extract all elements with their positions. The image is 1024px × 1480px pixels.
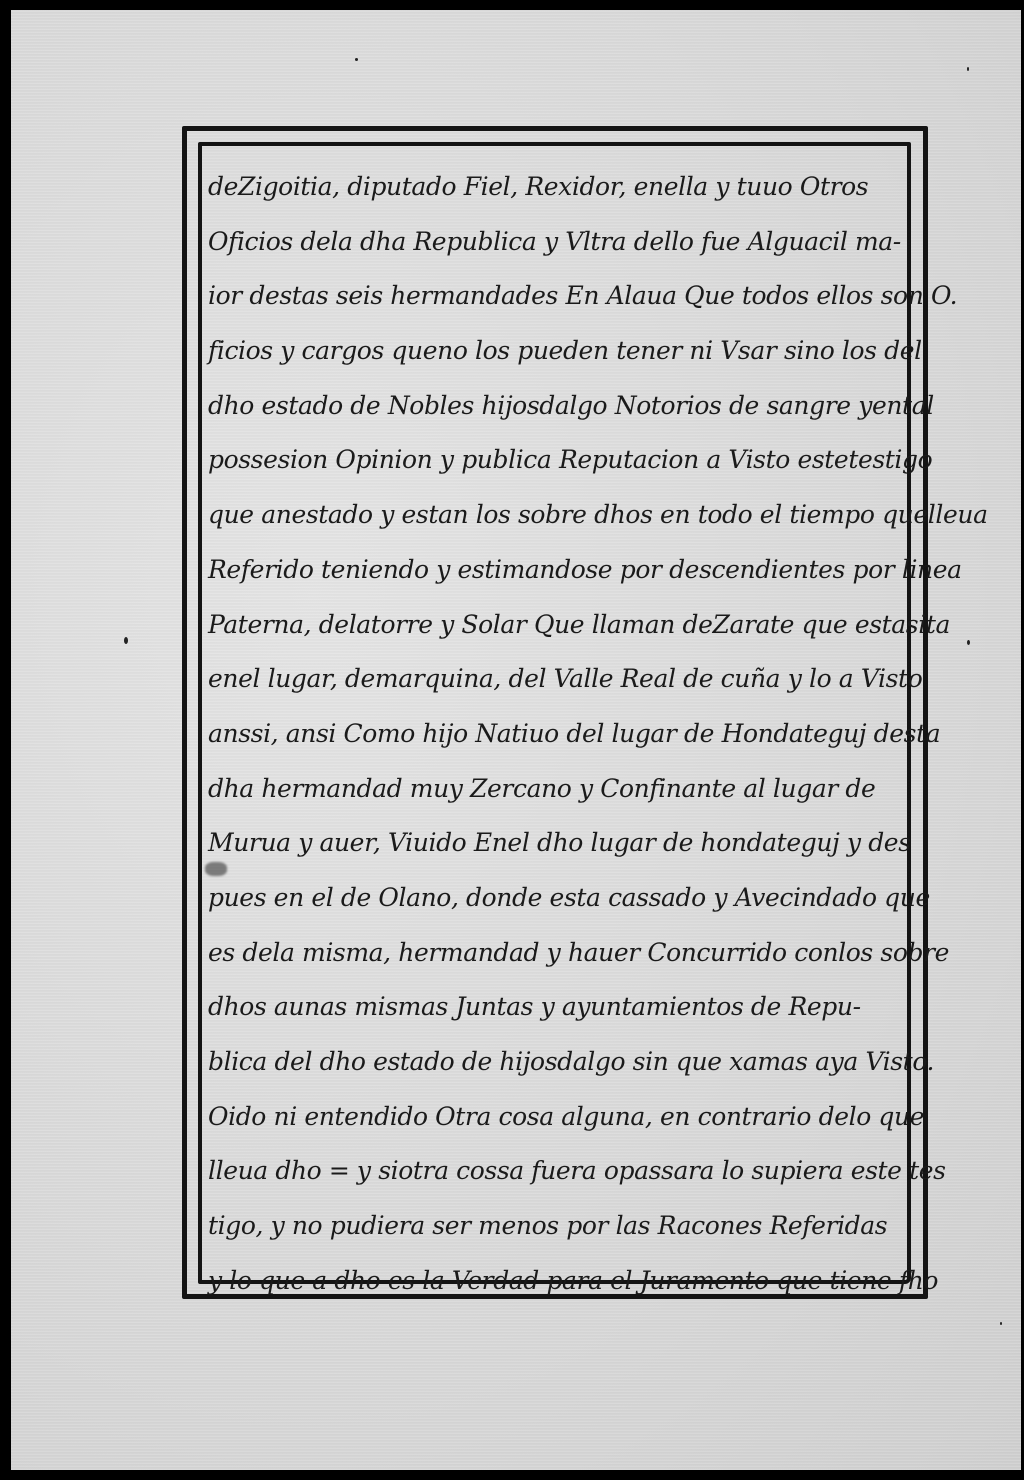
text-line: Murua y auer, Viuido Enel dho lugar de h…	[208, 816, 908, 871]
text-line: pues en el de Olano, donde esta cassado …	[208, 871, 908, 926]
text-line: enel lugar, demarquina, del Valle Real d…	[208, 652, 908, 707]
text-line: deZigoitia, diputado Fiel, Rexidor, enel…	[208, 160, 908, 215]
text-line: blica del dho estado de hijosdalgo sin q…	[208, 1035, 908, 1090]
ink-speck	[355, 58, 358, 61]
ink-speck	[967, 640, 970, 645]
text-line: ior destas seis hermandades En Alaua Que…	[208, 269, 908, 324]
text-line: ficios y cargos queno los pueden tener n…	[208, 324, 908, 379]
manuscript-text-block: deZigoitia, diputado Fiel, Rexidor, enel…	[208, 160, 908, 1308]
text-line: Referido teniendo y estimandose por desc…	[208, 543, 908, 598]
text-line: Oficios dela dha Republica y Vltra dello…	[208, 215, 908, 270]
ink-smudge	[205, 862, 227, 876]
text-line: dhos aunas mismas Juntas y ayuntamientos…	[208, 980, 908, 1035]
text-line: y lo que a dho es la Verdad para el Jura…	[208, 1254, 908, 1309]
text-line: es dela misma, hermandad y hauer Concurr…	[208, 926, 908, 981]
ink-speck	[124, 637, 128, 644]
text-line: tigo, y no pudiera ser menos por las Rac…	[208, 1199, 908, 1254]
text-line: possesion Opinion y publica Reputacion a…	[208, 433, 908, 488]
text-line: que anestado y estan los sobre dhos en t…	[208, 488, 908, 543]
ink-speck	[1000, 1322, 1002, 1325]
ink-speck	[967, 67, 969, 71]
text-line: dha hermandad muy Zercano y Confinante a…	[208, 762, 908, 817]
text-line: lleua dho = y siotra cossa fuera opassar…	[208, 1144, 908, 1199]
text-line: Oido ni entendido Otra cosa alguna, en c…	[208, 1090, 908, 1145]
text-line: Paterna, delatorre y Solar Que llaman de…	[208, 598, 908, 653]
text-line: dho estado de Nobles hijosdalgo Notorios…	[208, 379, 908, 434]
text-line: anssi, ansi Como hijo Natiuo del lugar d…	[208, 707, 908, 762]
